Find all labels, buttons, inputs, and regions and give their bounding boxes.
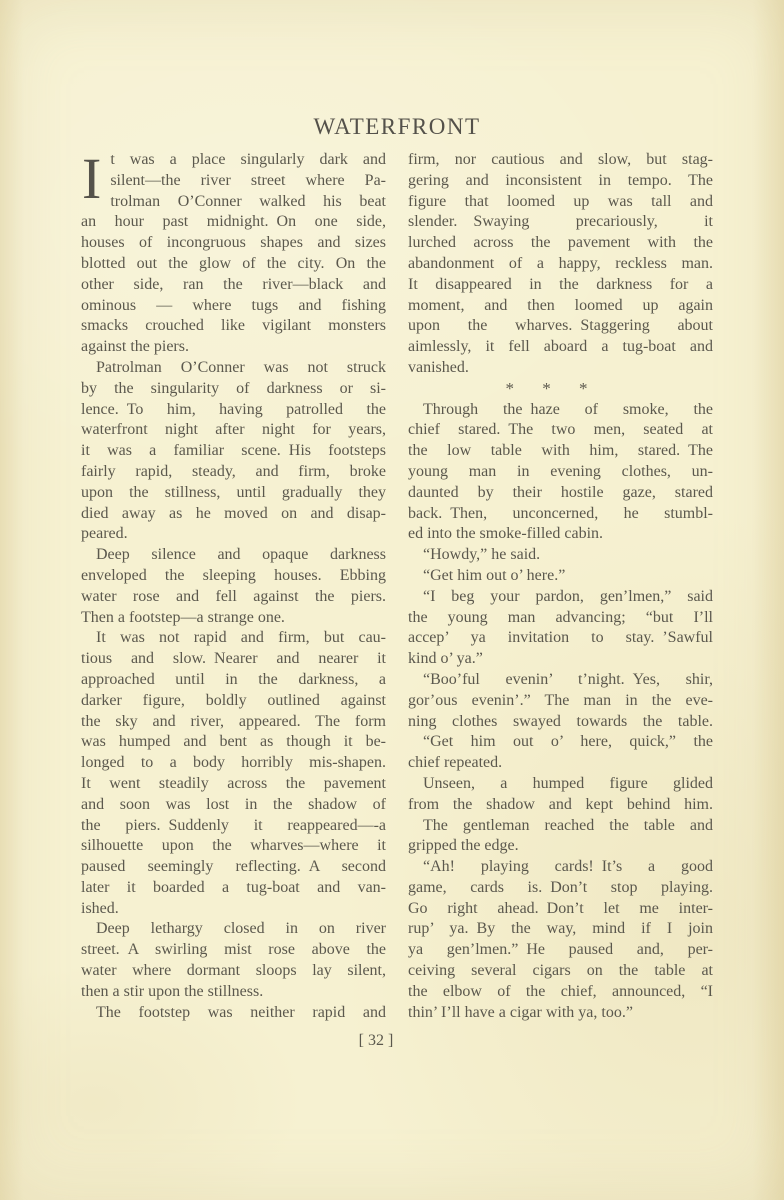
text-line: ning clothes swayed towards the table.: [408, 712, 713, 733]
text-line: “Get him out o’ here, quick,” the: [408, 732, 713, 753]
text-line: Go right ahead. Don’t let me inter-: [408, 899, 713, 920]
text-line: smacks crouched like vigilant monsters: [81, 316, 386, 337]
text-line: “Boo’ful evenin’ t’night. Yes, shir,: [408, 670, 713, 691]
section-separator: * * *: [394, 379, 699, 400]
text-line: the elbow of the chief, announced, “I: [408, 982, 713, 1003]
text-line: daunted by their hostile gaze, stared: [408, 483, 713, 504]
text-line: silhouette upon the wharves—where it: [81, 836, 386, 857]
text-line: ya gen’lmen.” He paused and, per-: [408, 940, 713, 961]
text-line: street. A swirling mist rose above the: [81, 940, 386, 961]
text-line: died away as he moved on and disap-: [81, 504, 386, 525]
paragraph: firm, nor cautious and slow, but stag-ge…: [408, 150, 713, 379]
text-line: lence. To him, having patrolled the: [81, 400, 386, 421]
text-line: fairly rapid, steady, and firm, broke: [81, 462, 386, 483]
text-line: and soon was lost in the shadow of: [81, 795, 386, 816]
paragraph: “Ah! playing cards! It’s a goodgame, car…: [408, 857, 713, 1023]
text-line: accep’ ya invitation to stay. ’Sawful: [408, 628, 713, 649]
paragraph: Patrolman O’Conner was not struckby the …: [81, 358, 386, 545]
text-line: other side, ran the river—black and: [81, 275, 386, 296]
text-line: The footstep was neither rapid and: [81, 1003, 386, 1024]
text-line: chief repeated.: [408, 753, 713, 774]
text-line: Through the haze of smoke, the: [408, 400, 713, 421]
text-line: against the piers.: [81, 337, 386, 358]
text-line: then a stir upon the stillness.: [81, 982, 386, 1003]
text-line: enveloped the sleeping houses. Ebbing: [81, 566, 386, 587]
text-line: darker figure, boldly outlined against: [81, 691, 386, 712]
text-line: “Get him out o’ here.”: [408, 566, 713, 587]
paragraph: “Howdy,” he said.: [408, 545, 713, 566]
text-line: the young man advancing; “but I’ll: [408, 608, 713, 629]
page-title: WATERFRONT: [81, 112, 713, 142]
text-line: the sky and river, appeared. The form: [81, 712, 386, 733]
text-line: approached until in the darkness, a: [81, 670, 386, 691]
text-line: it was a familiar scene. His footsteps: [81, 441, 386, 462]
text-line: lurched across the pavement with the: [408, 233, 713, 254]
paragraph: Deep silence and opaque darknessenvelope…: [81, 545, 386, 628]
text-line: by the singularity of darkness or si-: [81, 379, 386, 400]
text-line: It went steadily across the pavement: [81, 774, 386, 795]
text-line: slender. Swaying precariously, it: [408, 212, 713, 233]
text-line: moment, and then loomed up again: [408, 296, 713, 317]
text-line: aimlessly, it fell aboard a tug-boat and: [408, 337, 713, 358]
text-line: thin’ I’ll have a cigar with ya, too.”: [408, 1003, 713, 1024]
text-line: young man in evening clothes, un-: [408, 462, 713, 483]
text-line: Deep silence and opaque darkness: [81, 545, 386, 566]
text-line: rup’ ya. By the way, mind if I join: [408, 919, 713, 940]
paragraph: “Get him out o’ here.”: [408, 566, 713, 587]
text-line: houses of incongruous shapes and sizes: [81, 233, 386, 254]
page-number: [ 32 ]: [60, 1030, 692, 1052]
paragraph: The footstep was neither rapid and: [81, 1003, 386, 1024]
text-line: The gentleman reached the table and: [408, 816, 713, 837]
text-line: “I beg your pardon, gen’lmen,” said: [408, 587, 713, 608]
text-block: WATERFRONT It was a place singularly dar…: [81, 112, 713, 1052]
text-line: figure that loomed up was tall and: [408, 192, 713, 213]
text-line: water rose and fell against the piers.: [81, 587, 386, 608]
text-line: blotted out the glow of the city. On the: [81, 254, 386, 275]
text-line: kind o’ ya.”: [408, 649, 713, 670]
book-page: WATERFRONT It was a place singularly dar…: [0, 0, 784, 1200]
text-line: the low table with him, stared. The: [408, 441, 713, 462]
text-line: chief stared. The two men, seated at: [408, 420, 713, 441]
text-line: upon the stillness, until gradually they: [81, 483, 386, 504]
text-line: It was not rapid and firm, but cau-: [81, 628, 386, 649]
text-line: from the shadow and kept behind him.: [408, 795, 713, 816]
text-line: ed into the smoke-filled cabin.: [408, 524, 713, 545]
text-line: vanished.: [408, 358, 713, 379]
text-line: trolman O’Conner walked his beat: [81, 192, 386, 213]
text-line: gering and inconsistent in tempo. The: [408, 171, 713, 192]
text-line: Unseen, a humped figure glided: [408, 774, 713, 795]
text-line: “Howdy,” he said.: [408, 545, 713, 566]
text-line: was humped and bent as though it be-: [81, 732, 386, 753]
text-line: silent—the river street where Pa-: [81, 171, 386, 192]
text-line: an hour past midnight. On one side,: [81, 212, 386, 233]
paragraph: Unseen, a humped figure glidedfrom the s…: [408, 774, 713, 816]
paragraph: The gentleman reached the table andgripp…: [408, 816, 713, 858]
text-line: ominous — where tugs and fishing: [81, 296, 386, 317]
text-line: paused seemingly reflecting. A second: [81, 857, 386, 878]
left-column: It was a place singularly dark andsilent…: [81, 150, 386, 1023]
text-line: ished.: [81, 899, 386, 920]
paragraph: It was not rapid and firm, but cau-tious…: [81, 628, 386, 919]
text-line: tious and slow. Nearer and nearer it: [81, 649, 386, 670]
text-line: upon the wharves. Staggering about: [408, 316, 713, 337]
text-line: gor’ous evenin’.” The man in the eve-: [408, 691, 713, 712]
paragraph: Deep lethargy closed in on riverstreet. …: [81, 919, 386, 1002]
paragraph: Through the haze of smoke, thechief star…: [408, 400, 713, 546]
text-line: water where dormant sloops lay silent,: [81, 961, 386, 982]
text-line: waterfront night after night for years,: [81, 420, 386, 441]
text-line: longed to a body horribly mis-shapen.: [81, 753, 386, 774]
paragraph: “Boo’ful evenin’ t’night. Yes, shir,gor’…: [408, 670, 713, 732]
text-line: abandonment of a happy, reckless man.: [408, 254, 713, 275]
right-column: firm, nor cautious and slow, but stag-ge…: [408, 150, 713, 1023]
text-line: back. Then, unconcerned, he stumbl-: [408, 504, 713, 525]
text-line: peared.: [81, 524, 386, 545]
paragraph: “I beg your pardon, gen’lmen,” saidthe y…: [408, 587, 713, 670]
drop-cap: I: [81, 150, 110, 210]
text-line: It disappeared in the darkness for a: [408, 275, 713, 296]
paragraph: It was a place singularly dark andsilent…: [81, 150, 386, 358]
paragraph: “Get him out o’ here, quick,” thechief r…: [408, 732, 713, 774]
text-line: “Ah! playing cards! It’s a good: [408, 857, 713, 878]
text-columns: It was a place singularly dark andsilent…: [81, 150, 713, 1023]
text-line: later it boarded a tug-boat and van-: [81, 878, 386, 899]
text-line: Then a footstep—a strange one.: [81, 608, 386, 629]
text-line: the piers. Suddenly it reappeared—-a: [81, 816, 386, 837]
text-line: gripped the edge.: [408, 836, 713, 857]
text-line: Patrolman O’Conner was not struck: [81, 358, 386, 379]
text-line: It was a place singularly dark and: [81, 150, 386, 171]
text-line: game, cards is. Don’t stop playing.: [408, 878, 713, 899]
text-line: firm, nor cautious and slow, but stag-: [408, 150, 713, 171]
text-line: Deep lethargy closed in on river: [81, 919, 386, 940]
text-line: ceiving several cigars on the table at: [408, 961, 713, 982]
